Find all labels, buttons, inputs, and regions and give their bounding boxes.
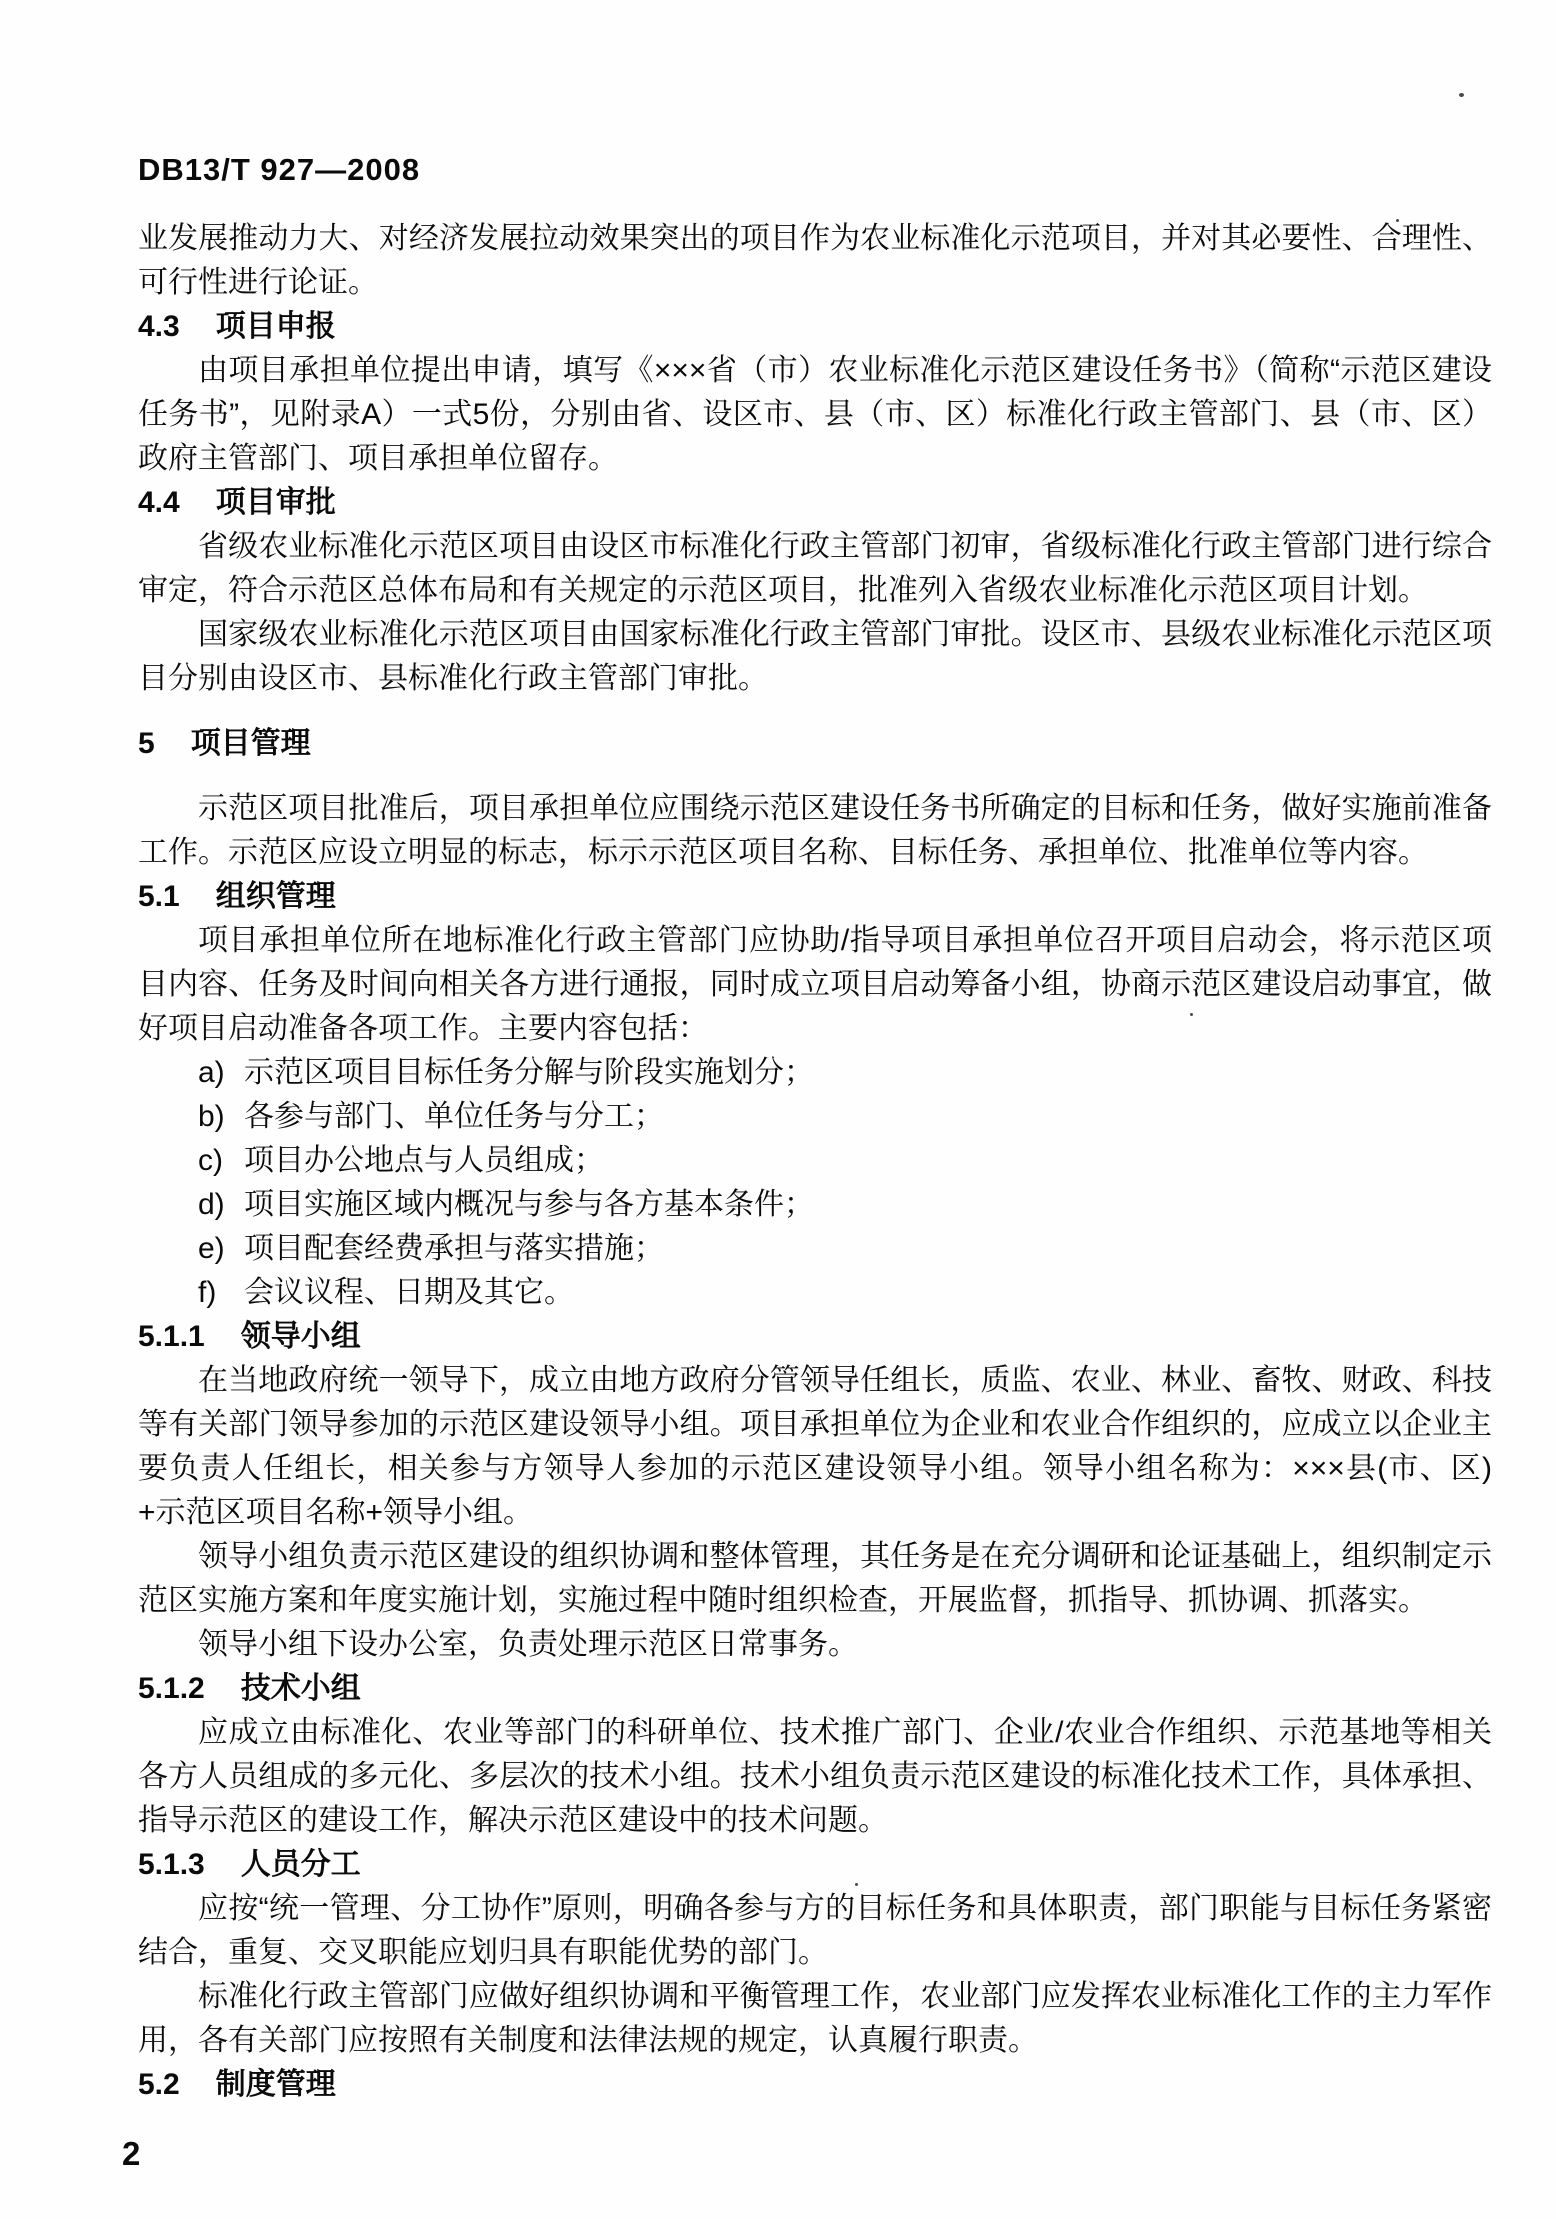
list-item-text: 会议议程、日期及其它。 — [244, 1276, 574, 1309]
list-item-label: c) — [198, 1139, 228, 1183]
paragraph: 领导小组负责示范区建设的组织协调和整体管理，其任务是在充分调研和论证基础上，组织… — [138, 1535, 1492, 1623]
section-title: 组织管理 — [216, 880, 336, 913]
paragraph: 国家级农业标准化示范区项目由国家标准化行政主管部门审批。设区市、县级农业标准化示… — [138, 613, 1492, 701]
list-item-label: d) — [198, 1183, 228, 1227]
section-heading-5-1-2: 5.1.2技术小组 — [138, 1667, 1492, 1711]
paragraph: 标准化行政主管部门应做好组织协调和平衡管理工作，农业部门应发挥农业标准化工作的主… — [138, 1975, 1492, 2063]
paragraph: 示范区项目批准后，项目承担单位应围绕示范区建设任务书所确定的目标和任务，做好实施… — [138, 787, 1492, 875]
section-title: 领导小组 — [241, 1320, 361, 1353]
paragraph-continuation: 业发展推动力大、对经济发展拉动效果突出的项目作为农业标准化示范项目，并对其必要性… — [138, 217, 1492, 305]
paragraph: 领导小组下设办公室，负责处理示范区日常事务。 — [138, 1623, 1492, 1667]
list-item-text: 项目实施区域内概况与参与各方基本条件； — [244, 1188, 814, 1221]
section-number: 5.1.1 — [138, 1315, 205, 1359]
list-item-d: d)项目实施区域内概况与参与各方基本条件； — [138, 1183, 1492, 1227]
paragraph: 应按“统一管理、分工协作”原则，明确各参与方的目标任务和具体职责，部门职能与目标… — [138, 1887, 1492, 1975]
list-item-label: f) — [198, 1271, 228, 1315]
section-number: 4.4 — [138, 481, 180, 525]
list-item-text: 项目配套经费承担与落实措施； — [244, 1232, 664, 1265]
scan-speck — [1190, 1013, 1193, 1016]
section-title: 技术小组 — [241, 1672, 361, 1705]
page-number: 2 — [122, 2132, 140, 2176]
paragraph: 由项目承担单位提出申请，填写《×××省（市）农业标准化示范区建设任务书》（简称“… — [138, 349, 1492, 481]
scan-speck — [1459, 93, 1464, 97]
scan-speck — [855, 1883, 858, 1886]
paragraph: 项目承担单位所在地标准化行政主管部门应协助/指导项目承担单位召开项目启动会，将示… — [138, 919, 1492, 1051]
section-heading-5-1-1: 5.1.1领导小组 — [138, 1315, 1492, 1359]
list-item-e: e)项目配套经费承担与落实措施； — [138, 1227, 1492, 1271]
section-number: 5.1 — [138, 875, 180, 919]
list-item-label: b) — [198, 1095, 228, 1139]
section-heading-5-2: 5.2制度管理 — [138, 2063, 1492, 2107]
list-item-text: 示范区项目目标任务分解与阶段实施划分； — [244, 1056, 814, 1089]
paragraph: 应成立由标准化、农业等部门的科研单位、技术推广部门、企业/农业合作组织、示范基地… — [138, 1711, 1492, 1843]
section-title: 项目申报 — [216, 310, 336, 343]
section-title: 人员分工 — [241, 1848, 361, 1881]
section-heading-4-3: 4.3项目申报 — [138, 305, 1492, 349]
document-page: DB13/T 927—2008 业发展推动力大、对经济发展拉动效果突出的项目作为… — [0, 0, 1556, 2219]
section-number: 5.1.3 — [138, 1843, 205, 1887]
section-number: 5 — [138, 722, 155, 766]
section-heading-5-1: 5.1组织管理 — [138, 875, 1492, 919]
section-number: 5.1.2 — [138, 1667, 205, 1711]
section-title: 项目审批 — [216, 486, 336, 519]
list-item-a: a)示范区项目目标任务分解与阶段实施划分； — [138, 1051, 1492, 1095]
page-content: DB13/T 927—2008 业发展推动力大、对经济发展拉动效果突出的项目作为… — [138, 148, 1492, 2107]
section-title: 项目管理 — [191, 727, 311, 760]
list-item-b: b)各参与部门、单位任务与分工； — [138, 1095, 1492, 1139]
list-item-c: c)项目办公地点与人员组成； — [138, 1139, 1492, 1183]
standard-number-header: DB13/T 927—2008 — [138, 148, 1492, 192]
list-item-text: 各参与部门、单位任务与分工； — [244, 1100, 664, 1133]
list-item-label: a) — [198, 1051, 228, 1095]
paragraph: 省级农业标准化示范区项目由设区市标准化行政主管部门初审，省级标准化行政主管部门进… — [138, 525, 1492, 613]
enumerated-list: a)示范区项目目标任务分解与阶段实施划分； b)各参与部门、单位任务与分工； c… — [138, 1051, 1492, 1315]
paragraph: 在当地政府统一领导下，成立由地方政府分管领导任组长，质监、农业、林业、畜牧、财政… — [138, 1359, 1492, 1535]
section-heading-4-4: 4.4项目审批 — [138, 481, 1492, 525]
list-item-label: e) — [198, 1227, 228, 1271]
list-item-text: 项目办公地点与人员组成； — [244, 1144, 604, 1177]
section-title: 制度管理 — [216, 2068, 336, 2101]
section-heading-5-1-3: 5.1.3人员分工 — [138, 1843, 1492, 1887]
scan-speck — [1396, 219, 1399, 222]
section-number: 5.2 — [138, 2063, 180, 2107]
section-number: 4.3 — [138, 305, 180, 349]
chapter-heading-5: 5项目管理 — [138, 722, 1492, 766]
list-item-f: f)会议议程、日期及其它。 — [138, 1271, 1492, 1315]
